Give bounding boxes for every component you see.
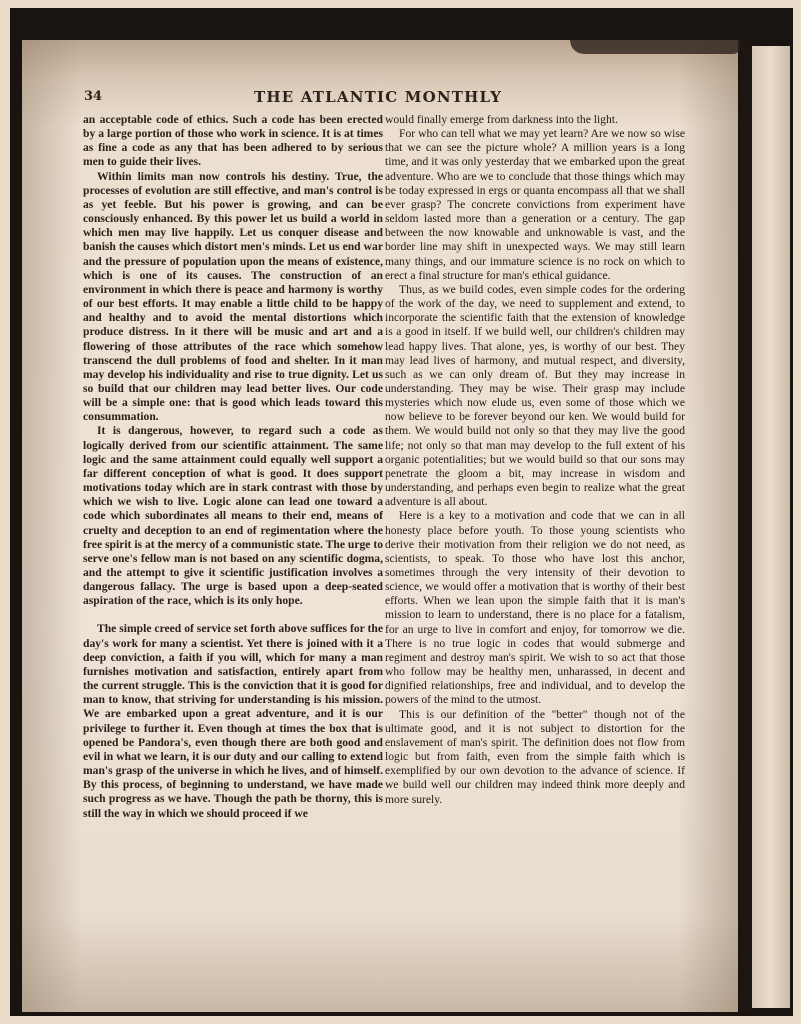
paragraph: would finally emerge from darkness into … (385, 113, 685, 127)
page-binding-edge (740, 42, 752, 1012)
right-column: would finally emerge from darkness into … (385, 113, 685, 807)
paragraph: This is our definition of the "better" t… (385, 708, 685, 807)
paragraph: It is dangerous, however, to regard such… (83, 424, 383, 608)
adjacent-page-edge (752, 46, 790, 1008)
paragraph: The simple creed of service set forth ab… (83, 622, 383, 820)
paragraph: Here is a key to a motivation and code t… (385, 509, 685, 707)
page-number: 34 (84, 89, 102, 104)
scan-shadow (570, 40, 740, 54)
running-head: 34 THE ATLANTIC MONTHLY (84, 89, 704, 109)
paragraph: Thus, as we build codes, even simple cod… (385, 283, 685, 510)
paragraph: For who can tell what we may yet learn? … (385, 127, 685, 283)
paragraph: Within limits man now controls his desti… (83, 170, 383, 425)
paragraph: an acceptable code of ethics. Such a cod… (83, 113, 383, 170)
journal-title: THE ATLANTIC MONTHLY (254, 88, 502, 106)
left-column: an acceptable code of ethics. Such a cod… (83, 113, 383, 821)
